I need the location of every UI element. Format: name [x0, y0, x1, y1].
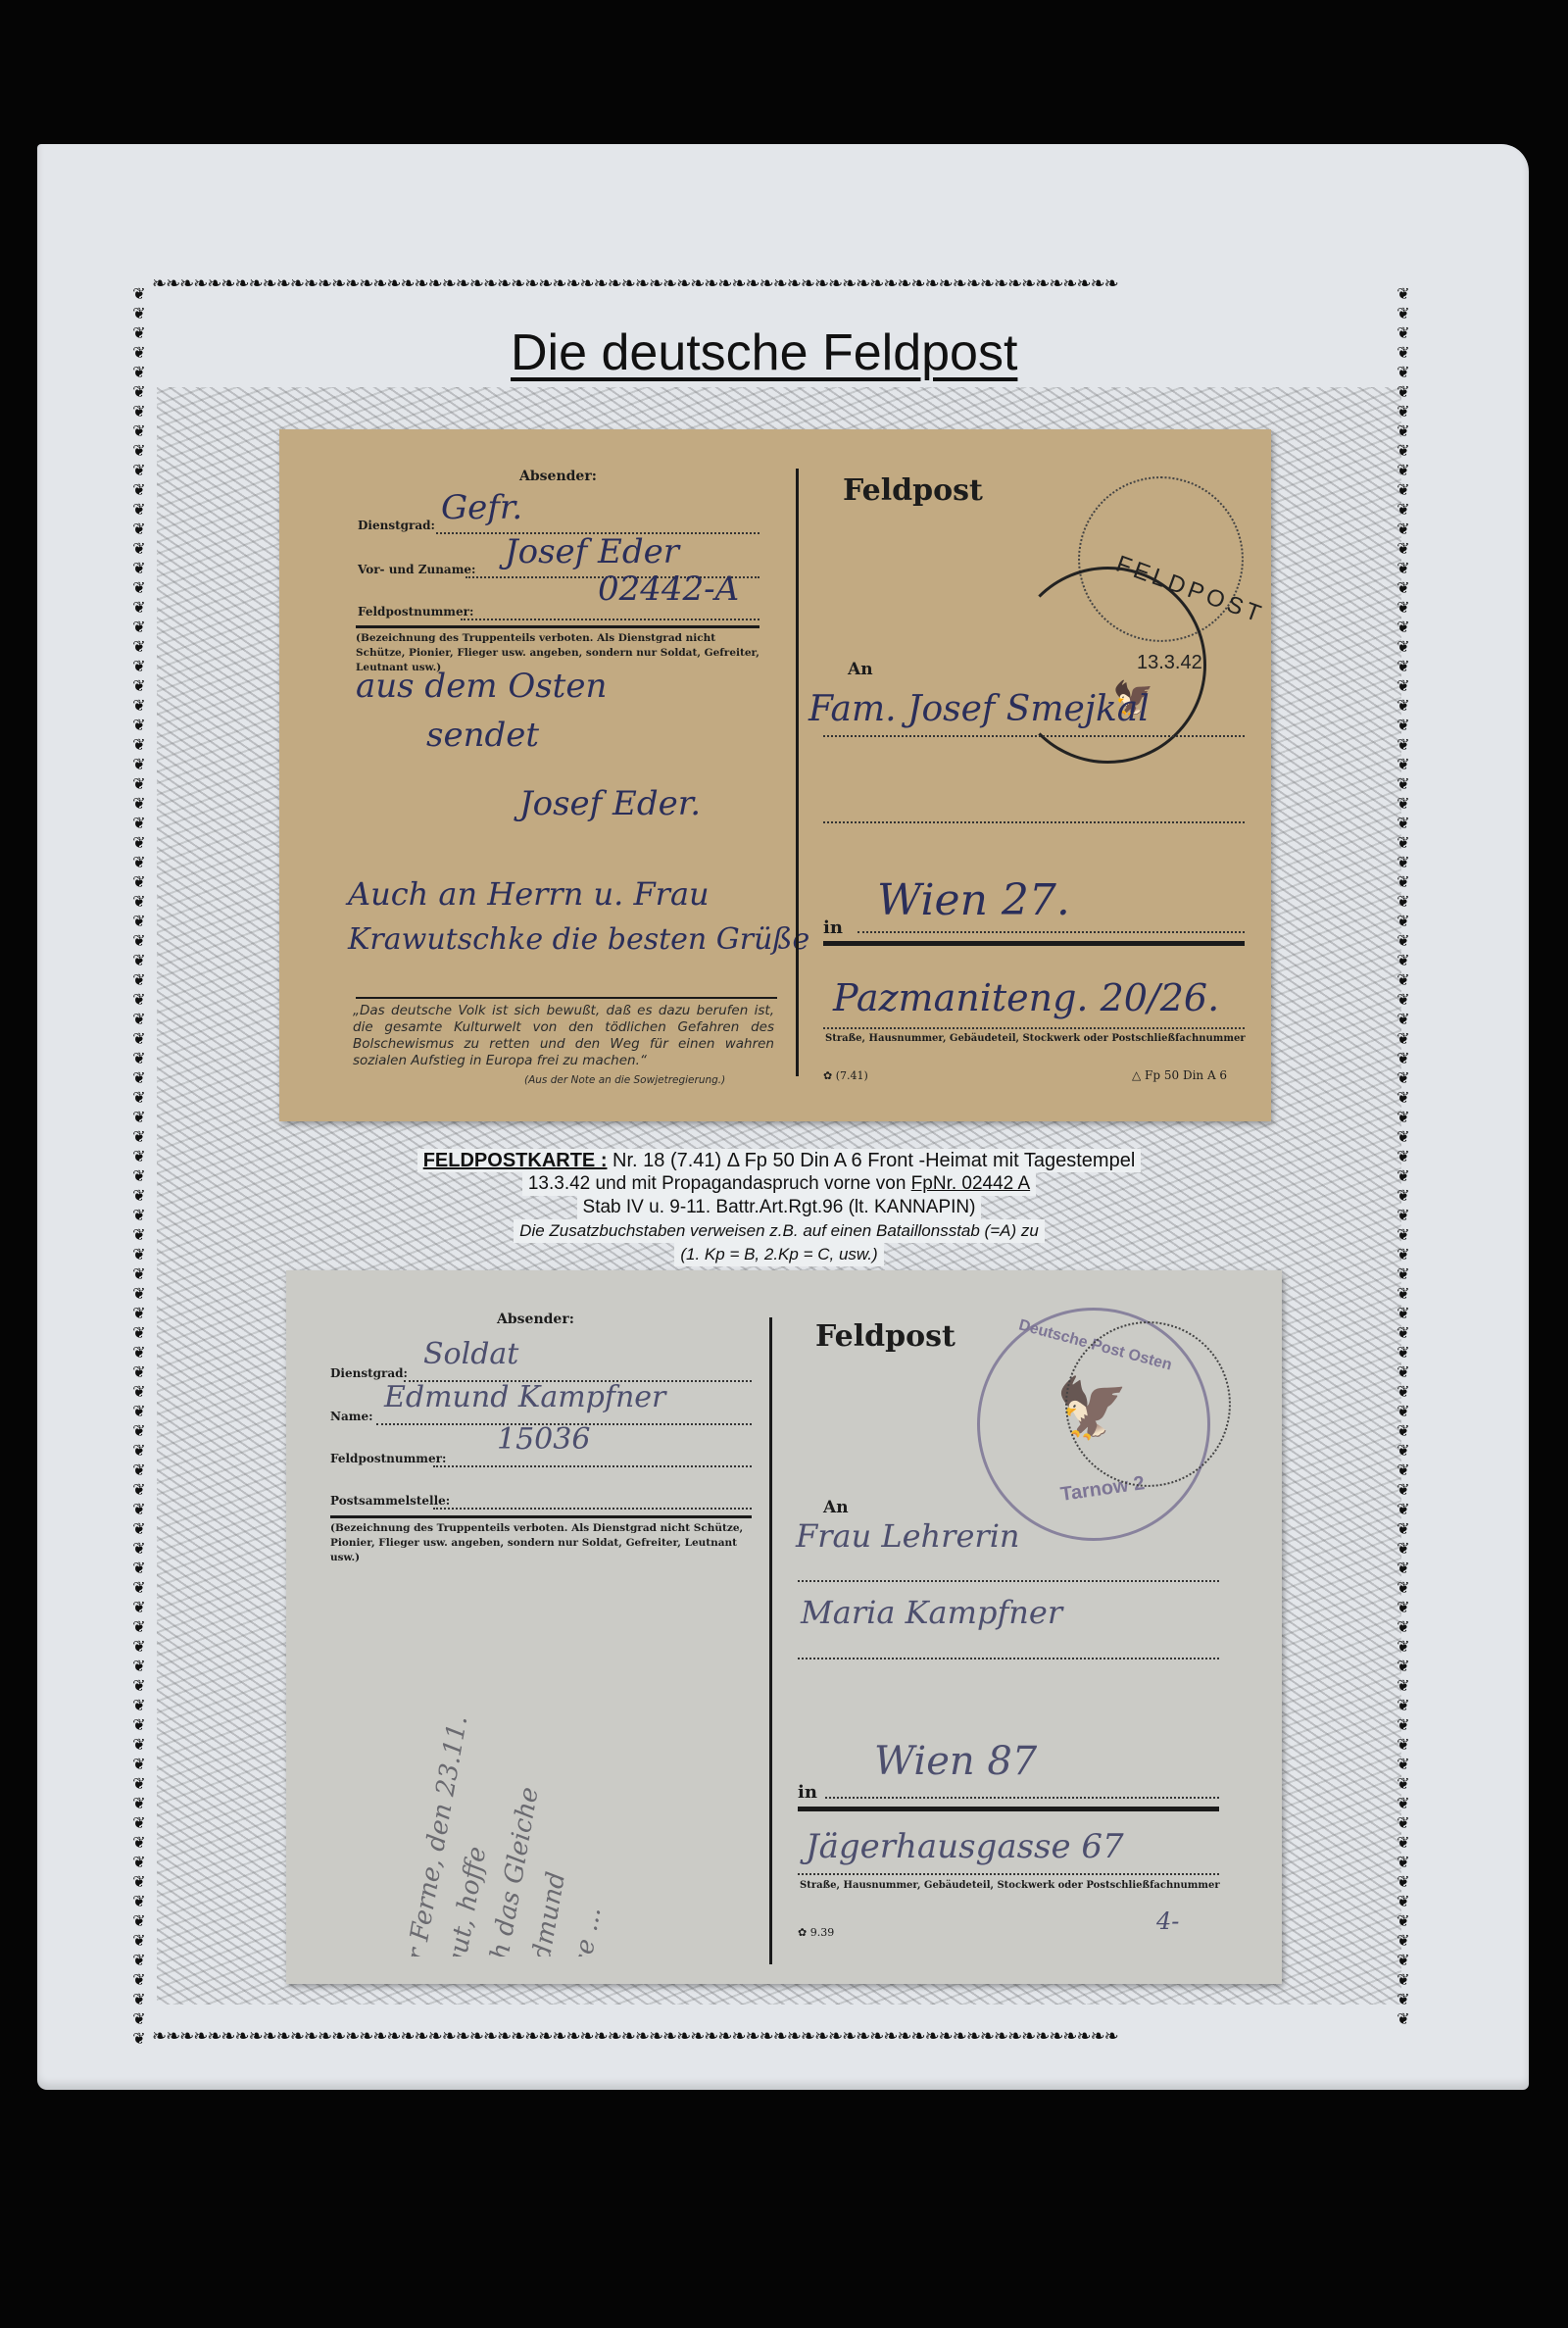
street-value: Jägerhausgasse 67: [806, 1827, 1124, 1866]
caption-fpn-reference: FpNr. 02442 A: [911, 1173, 1030, 1194]
caption-line-3: Stab IV u. 9-11. Battr.Art.Rgt.96 (lt. K…: [577, 1196, 982, 1219]
in-label: in: [798, 1782, 817, 1803]
recipient-line-2: [798, 1658, 1219, 1659]
feldpost-card-1: Absender: Dienstgrad: Gefr. Vor- und Zun…: [279, 429, 1271, 1121]
pencil-message: Gruß aus der Ferne, den 23.11. Mir geht …: [316, 1564, 766, 1957]
card-divider: [769, 1317, 772, 1964]
postmark-date: 13.3.42: [1137, 652, 1202, 674]
collect-line: [433, 1508, 752, 1510]
fpn-label: Feldpostnummer:: [330, 1452, 446, 1465]
name-value: Josef Eder: [505, 532, 679, 571]
street-hint: Straße, Hausnummer, Gebäudeteil, Stockwe…: [825, 1031, 1246, 1046]
recipient-line-2-value: Maria Kampfner: [801, 1594, 1062, 1631]
ornament-border-right: ❦❦❦❦❦❦❦❦❦❦❦❦❦❦❦❦❦❦❦❦❦❦❦❦❦❦❦❦❦❦❦❦❦❦❦❦❦❦❦❦…: [1395, 284, 1412, 2029]
quote-rule: [356, 997, 777, 999]
print-code: ✿ (7.41): [823, 1068, 868, 1083]
city-value: Wien 87: [874, 1739, 1037, 1784]
card-caption: FELDPOSTKARTE : Nr. 18 (7.41) Δ Fp 50 Di…: [338, 1149, 1220, 1266]
feldpost-card-2: Absender: Dienstgrad: Soldat Name: Edmun…: [286, 1270, 1282, 1984]
print-code-text: 9.39: [810, 1926, 835, 1939]
sender-rule: [356, 625, 759, 628]
city-line: [825, 1797, 1219, 1799]
message-line-3: Josef Eder.: [519, 784, 701, 823]
rank-value: Soldat: [423, 1337, 518, 1371]
name-label: Name:: [330, 1410, 373, 1423]
stamp-placeholder-circle: [1065, 1321, 1231, 1487]
an-label: An: [823, 1498, 849, 1517]
pencil-note: 4-: [1156, 1907, 1179, 1935]
fpn-line: [461, 619, 759, 620]
sender-heading: Absender:: [519, 469, 597, 484]
caption-line-4: Die Zusatzbuchstaben verweisen z.B. auf …: [514, 1219, 1045, 1243]
rank-label: Dienstgrad:: [358, 519, 435, 532]
sender-heading: Absender:: [497, 1312, 574, 1327]
form-code: △ Fp 50 Din A 6: [1132, 1068, 1227, 1083]
recipient-line-1: [798, 1580, 1219, 1582]
city-value: Wien 27.: [877, 875, 1070, 925]
caption-line-1: FELDPOSTKARTE : Nr. 18 (7.41) Δ Fp 50 Di…: [417, 1149, 1142, 1172]
city-rule: [798, 1807, 1219, 1811]
message-line-4: Auch an Herrn u. Frau: [348, 875, 710, 913]
fpn-label: Feldpostnummer:: [358, 605, 473, 619]
recipient-line-2: [823, 821, 1245, 823]
street-value: Pazmaniteng. 20/26.: [833, 976, 1219, 1019]
city-rule: [823, 941, 1245, 946]
street-line: [798, 1873, 1219, 1875]
ornament-border-top: ❧❧❧❧❧❧❧❧❧❧❧❧❧❧❧❧❧❧❧❧❧❧❧❧❧❧❧❧❧❧❧❧❧❧❧❧❧❧❧❧…: [152, 274, 1406, 294]
caption-line-1-text: Nr. 18 (7.41) Δ Fp 50 Din A 6 Front -Hei…: [612, 1150, 1135, 1171]
ornament-border-bottom: ❧❧❧❧❧❧❧❧❧❧❧❧❧❧❧❧❧❧❧❧❧❧❧❧❧❧❧❧❧❧❧❧❧❧❧❧❧❧❧❧…: [152, 2027, 1406, 2047]
sender-note: (Bezeichnung des Truppenteils verboten. …: [330, 1521, 754, 1565]
rank-value: Gefr.: [441, 488, 522, 527]
recipient-line-1-value: Frau Lehrerin: [796, 1517, 1020, 1555]
collect-label: Postsammelstelle:: [330, 1494, 450, 1508]
card-divider: [796, 469, 799, 1076]
caption-line-2-text: 13.3.42 und mit Propagandaspruch vorne v…: [528, 1173, 911, 1194]
name-value: Edmund Kampfner: [384, 1380, 665, 1414]
quote-source: (Aus der Note an die Sowjetregierung.): [524, 1074, 725, 1086]
printer-mark-icon: ✿: [823, 1069, 832, 1082]
message-line-2: sendet: [426, 716, 539, 755]
feldpost-heading: Feldpost: [843, 473, 983, 508]
fpn-line: [433, 1465, 752, 1467]
ornament-border-left: ❦❦❦❦❦❦❦❦❦❦❦❦❦❦❦❦❦❦❦❦❦❦❦❦❦❦❦❦❦❦❦❦❦❦❦❦❦❦❦❦…: [130, 284, 148, 2049]
feldpost-heading: Feldpost: [815, 1319, 955, 1354]
page-title: Die deutsche Feldpost: [505, 323, 1023, 382]
recipient-value: Fam. Josef Smejkal: [808, 689, 1150, 729]
in-label: in: [823, 917, 843, 938]
city-line: [857, 931, 1245, 933]
caption-line-2: 13.3.42 und mit Propagandaspruch vorne v…: [522, 1172, 1036, 1196]
caption-lead: FELDPOSTKARTE :: [423, 1150, 608, 1171]
print-code: ✿ 9.39: [798, 1925, 834, 1940]
message-line-1: aus dem Osten: [356, 667, 607, 706]
caption-line-5: (1. Kp = B, 2.Kp = C, usw.): [674, 1243, 883, 1266]
fpn-value: 15036: [497, 1422, 590, 1457]
recipient-line: [823, 735, 1245, 737]
sender-rule: [330, 1515, 752, 1518]
propaganda-quote: „Das deutsche Volk ist sich bewußt, daß …: [353, 1003, 774, 1069]
an-label: An: [848, 660, 873, 679]
print-code-text: (7.41): [836, 1069, 868, 1082]
rank-label: Dienstgrad:: [330, 1366, 408, 1380]
fpn-value: 02442-A: [598, 570, 739, 609]
message-line-5: Krawutschke die besten Grüße: [348, 922, 809, 957]
street-hint: Straße, Hausnummer, Gebäudeteil, Stockwe…: [800, 1878, 1220, 1893]
street-line: [823, 1027, 1245, 1029]
name-label: Vor- und Zuname:: [358, 563, 475, 576]
printer-mark-icon: ✿: [798, 1926, 807, 1939]
